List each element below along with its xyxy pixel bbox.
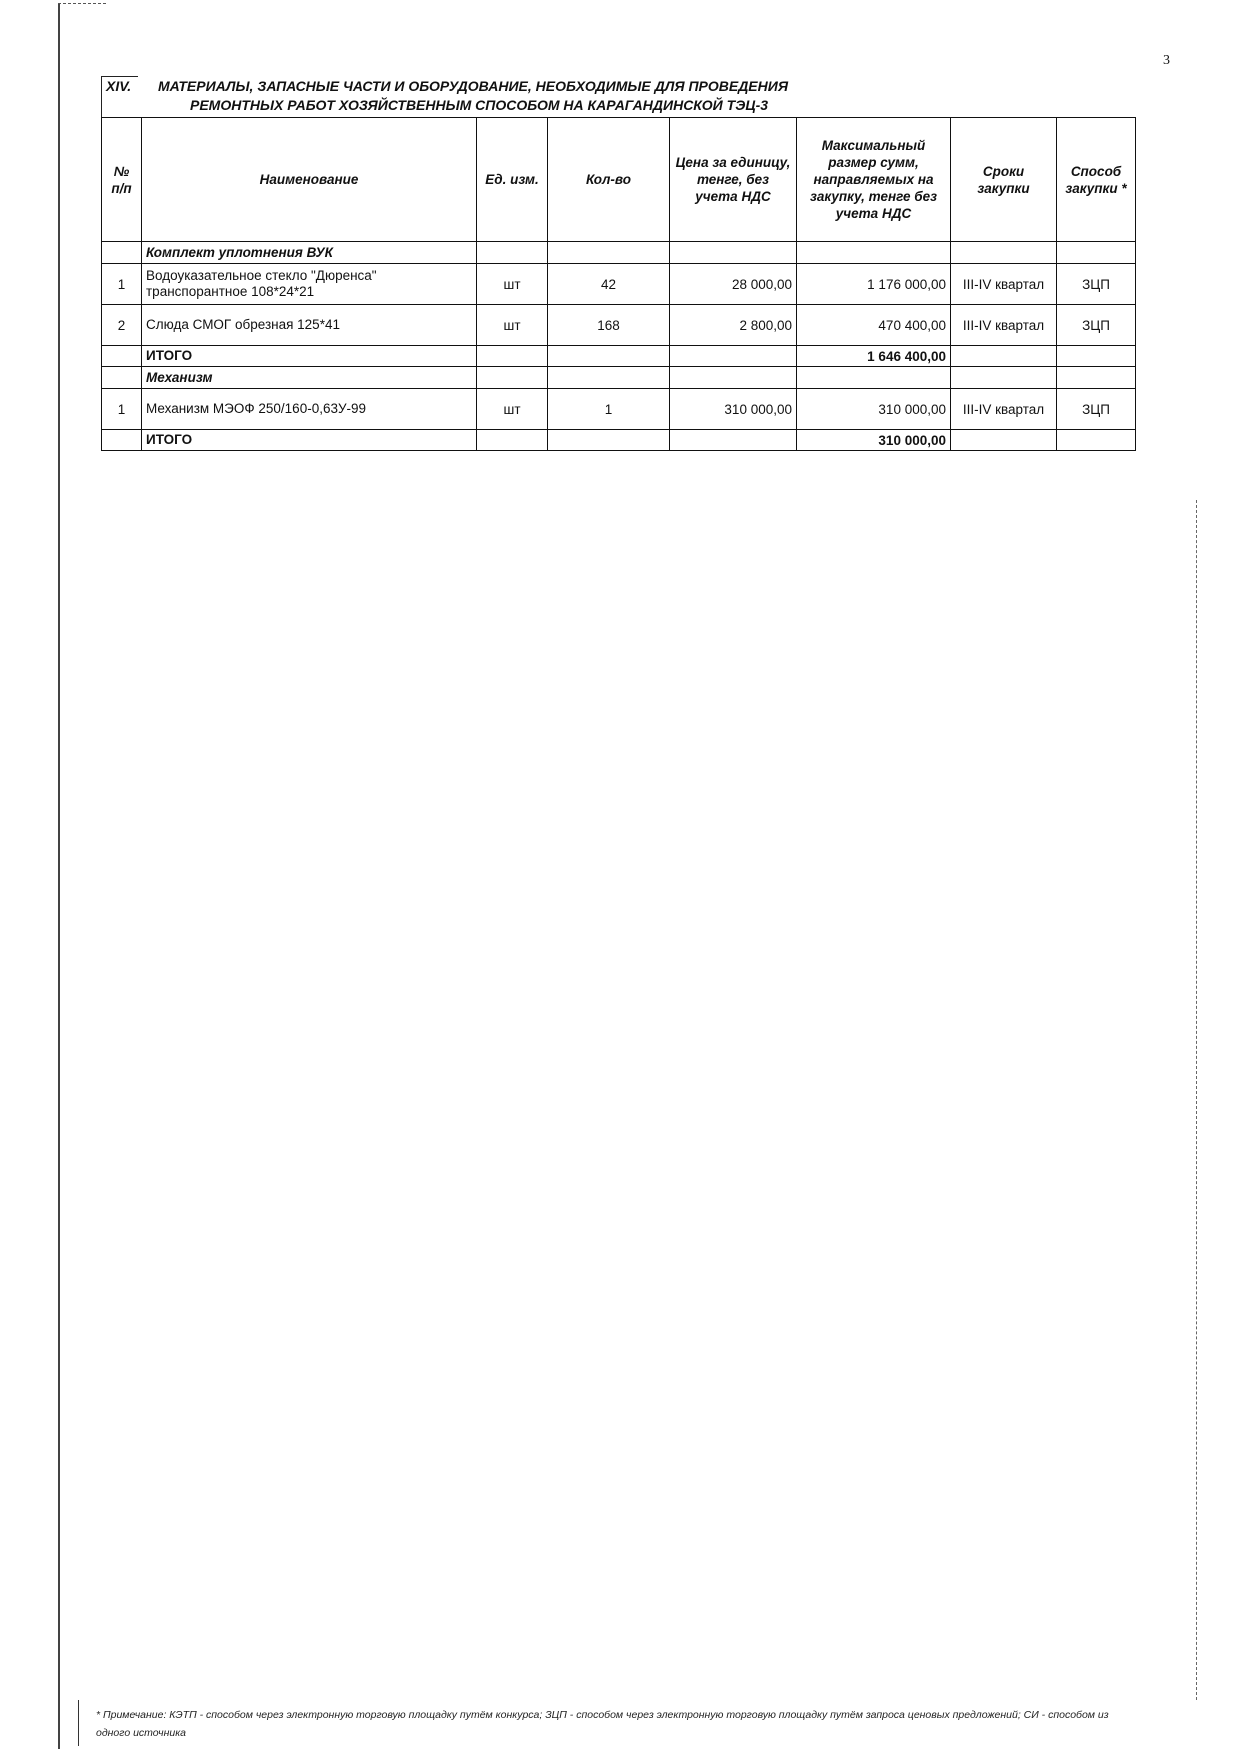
row-max-sum: 310 000,00 [797,389,951,430]
row-method: ЗЦП [1057,264,1136,305]
row-name: Водоуказательное стекло "Дюренса" трансп… [142,264,477,305]
row-method: ЗЦП [1057,389,1136,430]
section-title-line1: МАТЕРИАЛЫ, ЗАПАСНЫЕ ЧАСТИ И ОБОРУДОВАНИЕ… [158,78,788,94]
table-header-row: № п/п Наименование Ед. изм. Кол-во Цена … [102,118,1136,242]
row-max-sum: 1 176 000,00 [797,264,951,305]
row-max-sum: 470 400,00 [797,305,951,346]
total-row: ИТОГО 310 000,00 [102,430,1136,451]
row-unit: шт [477,305,548,346]
row-num: 1 [102,389,142,430]
header-max-sum: Максимальный размер сумм, направляемых н… [797,118,951,242]
total-label: ИТОГО [142,430,477,451]
row-price: 310 000,00 [670,389,797,430]
group-label: Механизм [142,367,477,389]
group-label: Комплект уплотнения ВУК [142,242,477,264]
scan-left-edge [58,4,60,1749]
header-num: № п/п [102,118,142,242]
row-qty: 168 [548,305,670,346]
group-row: Механизм [102,367,1136,389]
table-row: 2 Слюда СМОГ обрезная 125*41 шт 168 2 80… [102,305,1136,346]
page-number: 3 [1163,53,1170,69]
header-method: Способ закупки * [1057,118,1136,242]
row-unit: шт [477,389,548,430]
row-period: III-IV квартал [951,305,1057,346]
header-period: Сроки закупки [951,118,1057,242]
row-method: ЗЦП [1057,305,1136,346]
total-value: 1 646 400,00 [797,346,951,367]
header-price: Цена за единицу, тенге, без учета НДС [670,118,797,242]
section-number: XIV. [106,78,131,94]
scan-top-mark [58,3,106,5]
row-num: 1 [102,264,142,305]
section-title-line2: РЕМОНТНЫХ РАБОТ ХОЗЯЙСТВЕННЫМ СПОСОБОМ Н… [190,97,768,113]
header-unit: Ед. изм. [477,118,548,242]
row-unit: шт [477,264,548,305]
row-price: 28 000,00 [670,264,797,305]
footnote-margin-line [78,1700,79,1746]
row-period: III-IV квартал [951,389,1057,430]
total-value: 310 000,00 [797,430,951,451]
total-row: ИТОГО 1 646 400,00 [102,346,1136,367]
total-label: ИТОГО [142,346,477,367]
footnote: * Примечание: КЭТП - способом через элек… [96,1706,1126,1742]
row-period: III-IV квартал [951,264,1057,305]
row-price: 2 800,00 [670,305,797,346]
group-row: Комплект уплотнения ВУК [102,242,1136,264]
header-qty: Кол-во [548,118,670,242]
table-row: 1 Водоуказательное стекло "Дюренса" тран… [102,264,1136,305]
row-name: Слюда СМОГ обрезная 125*41 [142,305,477,346]
scan-right-edge [1196,500,1198,1700]
header-name: Наименование [142,118,477,242]
row-name: Механизм МЭОФ 250/160-0,63У-99 [142,389,477,430]
table-row: 1 Механизм МЭОФ 250/160-0,63У-99 шт 1 31… [102,389,1136,430]
row-qty: 42 [548,264,670,305]
row-qty: 1 [548,389,670,430]
row-num: 2 [102,305,142,346]
materials-table: № п/п Наименование Ед. изм. Кол-во Цена … [101,117,1136,451]
